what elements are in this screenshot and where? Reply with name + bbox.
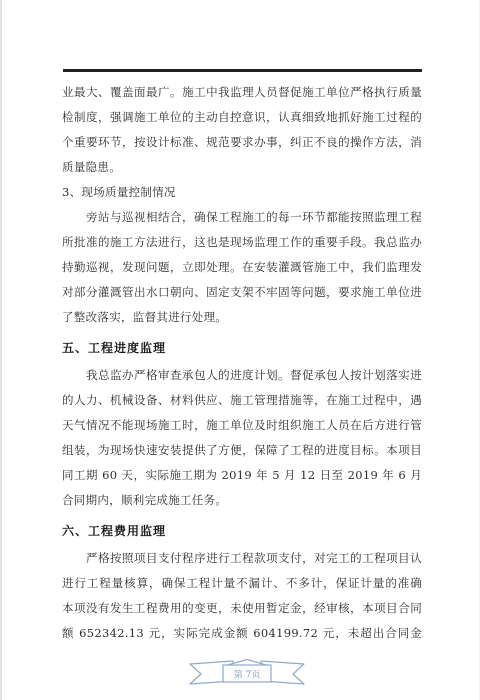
page-number-label: 第 7页 bbox=[234, 669, 261, 681]
page-number-ribbon: 第 7页 bbox=[187, 657, 307, 685]
section-heading: 六、工程费用监理 bbox=[62, 519, 422, 544]
text-line: 天气情况不能现场施工时，施工单位及时组织施工人员在后方进行管件 bbox=[62, 413, 422, 438]
text-line: 额 652342.13 元，实际完成金额 604199.72 元，未超出合同金额… bbox=[62, 621, 422, 646]
text-line: 进行工程量核算，确保工程计量不漏计、不多计，保证计量的准确性。 bbox=[62, 571, 422, 596]
document-page: 业最大、覆盖面最广。施工中我监理人员督促施工单位严格执行质量自 检制度，强调施工… bbox=[0, 0, 480, 700]
text-line: 所批准的施工方法进行，这也是现场监理工作的重要手段。我总监办坚 bbox=[62, 230, 422, 255]
text-line: 严格按照项目支付程序进行工程款项支付，对完工的工程项目认真 bbox=[62, 546, 422, 571]
text-line: 我总监办严格审查承包人的进度计划。督促承包人按计划落实进场 bbox=[62, 363, 422, 388]
text-line: 检制度，强调施工单位的主动自控意识，认真细致地抓好施工过程的各 bbox=[62, 105, 422, 130]
text-line: 旁站与巡视相结合，确保工程施工的每一环节都能按照监理工程师 bbox=[62, 205, 422, 230]
text-line: 业最大、覆盖面最广。施工中我监理人员督促施工单位严格执行质量自 bbox=[62, 80, 422, 105]
text-line: 本项没有发生工程费用的变更，未使用暂定金，经审核，本项目合同金 bbox=[62, 596, 422, 621]
text-line: 合同期内，顺利完成施工任务。 bbox=[62, 488, 422, 513]
document-body: 业最大、覆盖面最广。施工中我监理人员督促施工单位严格执行质量自 检制度，强调施工… bbox=[62, 80, 422, 646]
section-heading: 五、工程进度监理 bbox=[62, 336, 422, 361]
text-line: 个重要环节，按设计标准、规范要求办事，纠正不良的操作方法，消除 bbox=[62, 130, 422, 155]
text-line: 持勤巡视，发现问题，立即处理。在安装灌溉管施工中，我们监理发现 bbox=[62, 255, 422, 280]
text-line: 组装，为现场快速安装提供了方便，保障了工程的进度目标。本项目合 bbox=[62, 438, 422, 463]
text-line: 的人力、机械设备、材料供应、施工管理措施等，在施工过程中，遇到 bbox=[62, 388, 422, 413]
subsection-title: 3、现场质量控制情况 bbox=[62, 180, 422, 205]
text-line: 质量隐患。 bbox=[62, 155, 422, 180]
text-line: 了整改落实，监督其进行处理。 bbox=[62, 305, 422, 330]
ribbon-banner-icon: 第 7页 bbox=[187, 657, 307, 685]
text-line: 对部分灌溉管出水口朝向、固定支架不牢固等问题，要求施工单位进行 bbox=[62, 280, 422, 305]
header-rule bbox=[63, 69, 422, 72]
text-line: 同工期 60 天，实际施工期为 2019 年 5 月 12 日至 2019 年 … bbox=[62, 463, 422, 488]
